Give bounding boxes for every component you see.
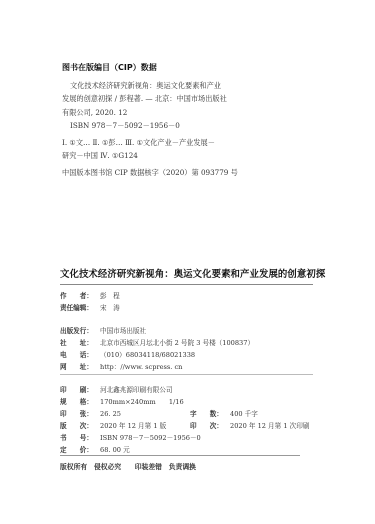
- printing-cell: 印 次：2020 年 12 月第 1 次印刷: [190, 420, 309, 430]
- editor-label: 责任编辑：: [60, 302, 100, 312]
- issuer-row: 出版发行：中国市场出版社: [60, 325, 146, 335]
- edition-value: 2020 年 12 月第 1 版: [100, 422, 166, 430]
- phone-label: 电 话：: [60, 349, 100, 359]
- book-title: 文化技术经济研究新视角：奥运文化要素和产业发展的创意初探: [60, 266, 325, 280]
- price-value: 68. 00 元: [100, 446, 130, 454]
- cip-line: 发展的创意初探 / 彭程著. — 北京：中国市场出版社: [62, 94, 227, 104]
- price-row: 定 价：68. 00 元: [60, 444, 130, 454]
- issuer-label: 出版发行：: [60, 325, 100, 335]
- cip-line: Ⅰ. ①文… Ⅱ. ①彭… Ⅲ. ①文化产业－产业发展－: [62, 138, 215, 148]
- address-row: 社 址：北京市西城区月坛北小街 2 号院 3 号楼（100837）: [60, 337, 254, 347]
- words-value: 400 千字: [230, 410, 258, 418]
- author-value: 彭 程: [100, 292, 120, 300]
- issuer-value: 中国市场出版社: [100, 327, 146, 335]
- rights-statement: 版权所有 侵权必究 印装差错 负责调换: [60, 461, 196, 471]
- price-label: 定 价：: [60, 444, 100, 454]
- isbn-label: 书 号：: [60, 432, 100, 442]
- format-value: 170mm×240mm 1/16: [100, 398, 184, 406]
- phone-value: （010）68034118/68021338: [100, 351, 195, 359]
- editor-value: 宋 涛: [100, 304, 120, 312]
- isbn-value: ISBN 978－7－5092－1956－0: [100, 434, 201, 442]
- divider: [60, 284, 313, 285]
- website-label: 网 址：: [60, 361, 100, 371]
- author-label: 作 者：: [60, 290, 100, 300]
- edition-row: 版 次：2020 年 12 月第 1 版 印 次：2020 年 12 月第 1 …: [60, 420, 320, 430]
- address-value: 北京市西城区月坛北小街 2 号院 3 号楼（100837）: [100, 339, 254, 347]
- words-cell: 字 数：400 千字: [190, 408, 258, 418]
- printer-value: 河北鑫兆源印刷有限公司: [100, 386, 173, 394]
- divider: [60, 455, 300, 456]
- divider: [60, 374, 313, 375]
- format-label: 规 格：: [60, 396, 100, 406]
- edition-label: 版 次：: [60, 420, 100, 430]
- sheets-row: 印 张：26. 25 字 数：400 千字: [60, 408, 320, 418]
- cip-isbn: ISBN 978－7－5092－1956－0: [70, 121, 180, 131]
- address-label: 社 址：: [60, 337, 100, 347]
- sheets-label: 印 张：: [60, 408, 100, 418]
- cip-line: 研究－中国 Ⅳ. ①G124: [62, 151, 138, 161]
- cip-line: 文化技术经济研究新视角：奥运文化要素和产业: [70, 81, 221, 91]
- words-label: 字 数：: [190, 408, 230, 418]
- printing-value: 2020 年 12 月第 1 次印刷: [230, 422, 309, 430]
- cip-record-number: 中国版本图书馆 CIP 数据核字（2020）第 093779 号: [62, 168, 238, 178]
- printer-row: 印 刷：河北鑫兆源印刷有限公司: [60, 384, 173, 394]
- format-row: 规 格：170mm×240mm 1/16: [60, 396, 184, 406]
- website-value: http：//www. scpress. cn: [100, 363, 182, 371]
- cip-line: 有限公司, 2020. 12: [62, 108, 127, 118]
- printer-label: 印 刷：: [60, 384, 100, 394]
- editor-row: 责任编辑：宋 涛: [60, 302, 120, 312]
- author-row: 作 者：彭 程: [60, 290, 120, 300]
- website-row: 网 址：http：//www. scpress. cn: [60, 361, 182, 371]
- phone-row: 电 话：（010）68034118/68021338: [60, 349, 195, 359]
- printing-label: 印 次：: [190, 420, 230, 430]
- sheets-value: 26. 25: [100, 410, 121, 418]
- cip-heading: 图书在版编目（CIP）数据: [62, 62, 157, 73]
- isbn-row: 书 号：ISBN 978－7－5092－1956－0: [60, 432, 201, 442]
